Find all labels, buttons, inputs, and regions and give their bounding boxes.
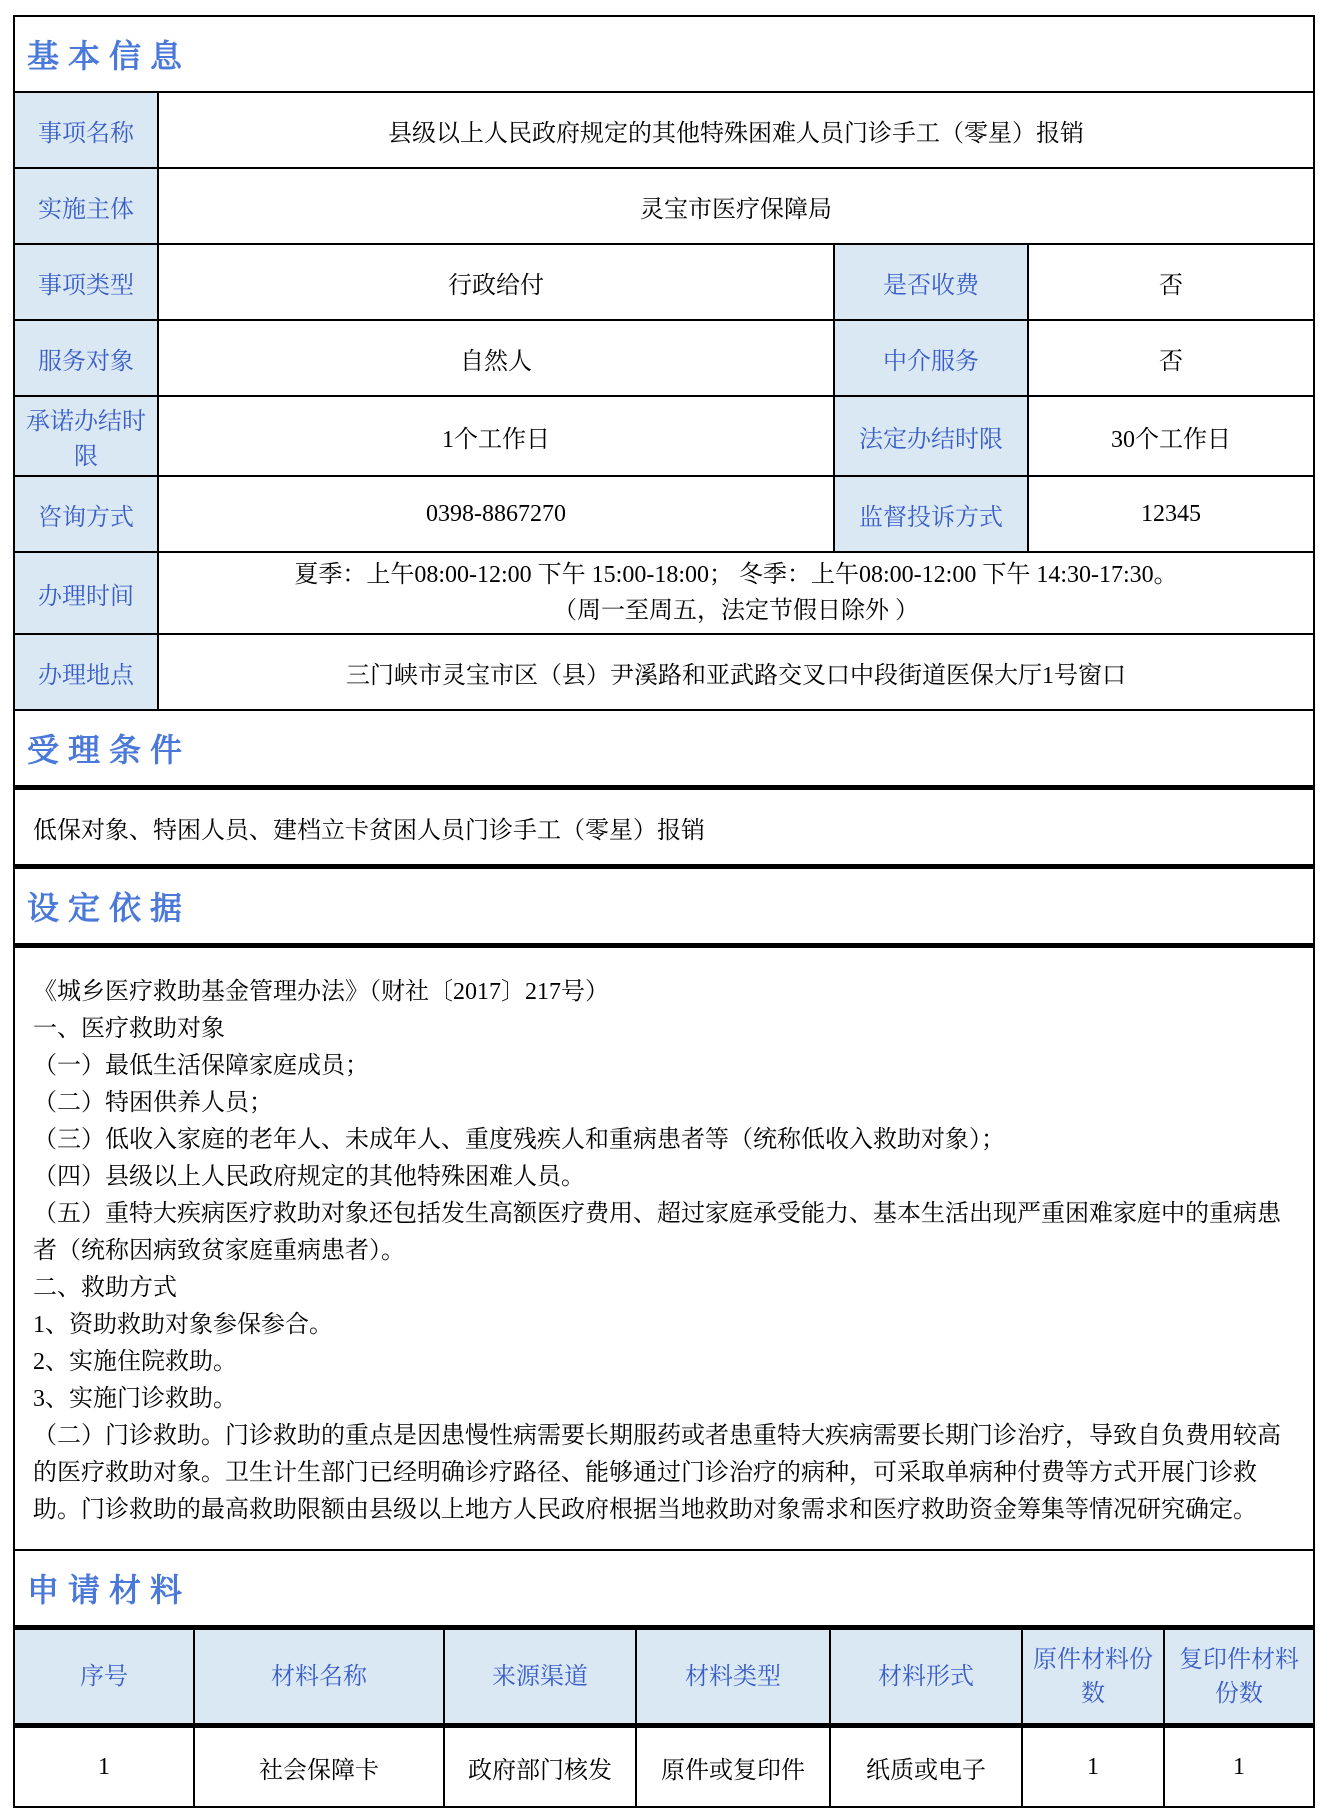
value-intermediary-service: 否 bbox=[1028, 320, 1314, 396]
materials-cell-material-name: 社会保障卡 bbox=[194, 1726, 444, 1808]
acceptance-conditions-content: 低保对象、特困人员、建档立卡贫困人员门诊手工（零星）报销 bbox=[14, 788, 1314, 867]
value-implementing-body: 灵宝市医疗保障局 bbox=[158, 168, 1314, 244]
section-title-basic-info: 基本信息 bbox=[14, 16, 1314, 92]
label-statutory-time-limit: 法定办结时限 bbox=[834, 396, 1028, 476]
materials-cell-serial-number: 1 bbox=[14, 1726, 194, 1808]
service-guide-document: 基本信息 事项名称 县级以上人民政府规定的其他特殊困难人员门诊手工（零星）报销 … bbox=[13, 15, 1313, 1808]
value-statutory-time-limit: 30个工作日 bbox=[1028, 396, 1314, 476]
materials-header-material-name: 材料名称 bbox=[194, 1629, 444, 1726]
materials-cell-material-form: 纸质或电子 bbox=[830, 1726, 1022, 1808]
section-title-legal-basis: 设定依据 bbox=[14, 867, 1314, 946]
materials-cell-photocopy-copies: 1 bbox=[1164, 1726, 1314, 1808]
legal-basis-content: 《城乡医疗救助基金管理办法》（财社〔2017〕217号） 一、医疗救助对象 （一… bbox=[14, 946, 1314, 1551]
label-intermediary-service: 中介服务 bbox=[834, 320, 1028, 396]
label-handling-location: 办理地点 bbox=[14, 634, 158, 710]
materials-row: 1 社会保障卡 政府部门核发 原件或复印件 纸质或电子 1 1 bbox=[14, 1726, 1314, 1808]
value-handling-time: 夏季：上午08:00-12:00 下午 15:00-18:00； 冬季：上午08… bbox=[158, 552, 1314, 634]
value-handling-location: 三门峡市灵宝市区（县）尹溪路和亚武路交叉口中段街道医保大厅1号窗口 bbox=[158, 634, 1314, 710]
value-item-type: 行政给付 bbox=[158, 244, 834, 320]
basic-info-table: 基本信息 事项名称 县级以上人民政府规定的其他特殊困难人员门诊手工（零星）报销 … bbox=[13, 15, 1315, 711]
materials-header-serial-number: 序号 bbox=[14, 1629, 194, 1726]
materials-header-photocopy-copies: 复印件材料份数 bbox=[1164, 1629, 1314, 1726]
materials-cell-source-channel: 政府部门核发 bbox=[444, 1726, 636, 1808]
label-item-name: 事项名称 bbox=[14, 92, 158, 168]
value-item-name: 县级以上人民政府规定的其他特殊困难人员门诊手工（零星）报销 bbox=[158, 92, 1314, 168]
materials-header-material-form: 材料形式 bbox=[830, 1629, 1022, 1726]
label-promised-time-limit: 承诺办结时限 bbox=[14, 396, 158, 476]
label-handling-time: 办理时间 bbox=[14, 552, 158, 634]
materials-header-source-channel: 来源渠道 bbox=[444, 1629, 636, 1726]
conditions-basis-table: 受理条件 低保对象、特困人员、建档立卡贫困人员门诊手工（零星）报销 设定依据 《… bbox=[13, 709, 1315, 1551]
value-service-target: 自然人 bbox=[158, 320, 834, 396]
value-charge-required: 否 bbox=[1028, 244, 1314, 320]
materials-header-original-copies: 原件材料份数 bbox=[1022, 1629, 1164, 1726]
materials-cell-material-type: 原件或复印件 bbox=[636, 1726, 830, 1808]
label-implementing-body: 实施主体 bbox=[14, 168, 158, 244]
label-consultation-method: 咨询方式 bbox=[14, 476, 158, 552]
materials-section-table: 申请材料 bbox=[13, 1549, 1315, 1630]
value-promised-time-limit: 1个工作日 bbox=[158, 396, 834, 476]
value-consultation-phone: 0398-8867270 bbox=[158, 476, 834, 552]
label-charge-required: 是否收费 bbox=[834, 244, 1028, 320]
section-title-application-materials: 申请材料 bbox=[14, 1550, 1314, 1628]
label-supervision-complaint-method: 监督投诉方式 bbox=[834, 476, 1028, 552]
value-supervision-complaint-phone: 12345 bbox=[1028, 476, 1314, 552]
label-item-type: 事项类型 bbox=[14, 244, 158, 320]
materials-cell-original-copies: 1 bbox=[1022, 1726, 1164, 1808]
label-service-target: 服务对象 bbox=[14, 320, 158, 396]
materials-header-material-type: 材料类型 bbox=[636, 1629, 830, 1726]
materials-table: 序号 材料名称 来源渠道 材料类型 材料形式 原件材料份数 复印件材料份数 1 … bbox=[13, 1628, 1315, 1808]
section-title-acceptance-conditions: 受理条件 bbox=[14, 710, 1314, 788]
